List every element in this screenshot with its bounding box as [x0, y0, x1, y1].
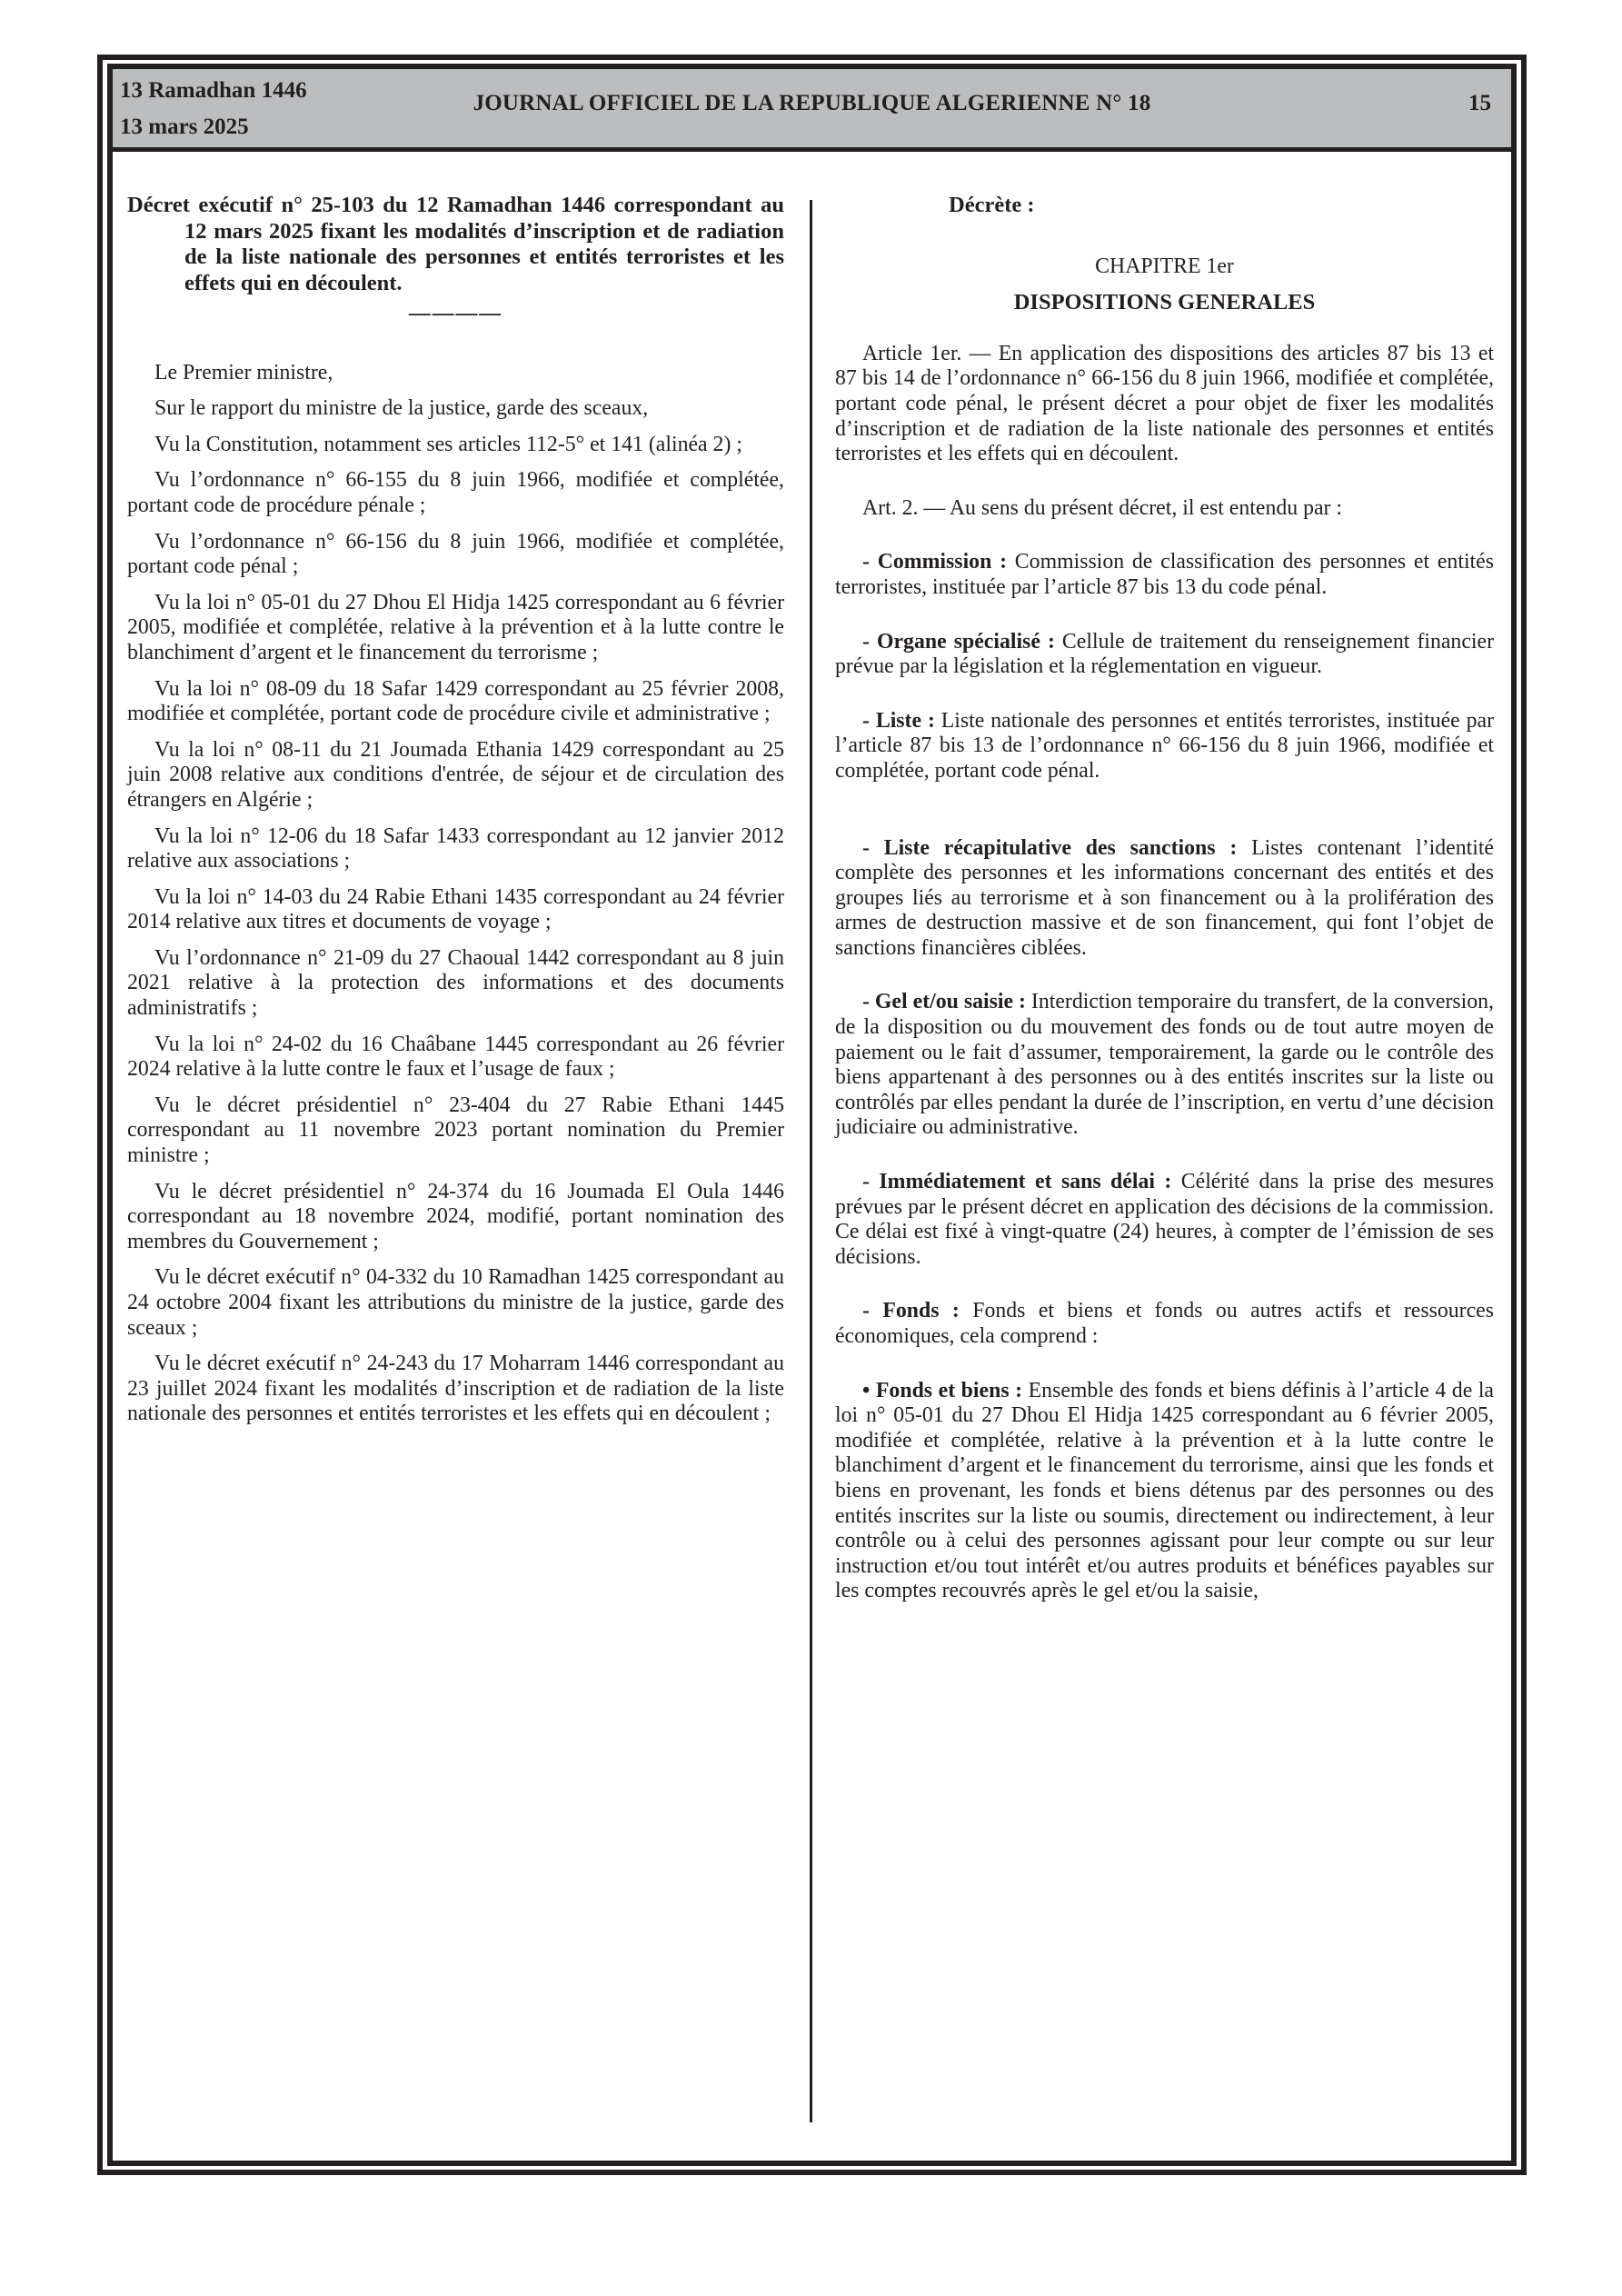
preamble-paragraph: Vu l’ordonnance n° 21-09 du 27 Chaoual 1…: [127, 946, 784, 1022]
preamble-paragraph: Vu la loi n° 05-01 du 27 Dhou El Hidja 1…: [127, 591, 784, 666]
definition-fonds: - Fonds : Fonds et biens et fonds ou aut…: [835, 1299, 1494, 1349]
definition-fonds-et-biens: • Fonds et biens : Ensemble des fonds et…: [835, 1379, 1494, 1604]
definition-organe-specialise: - Organe spécialisé : Cellule de traitem…: [835, 630, 1494, 680]
preamble-paragraph: Vu le décret exécutif n° 04-332 du 10 Ra…: [127, 1265, 784, 1341]
definition-immediatement: - Immédiatement et sans délai : Célérité…: [835, 1170, 1494, 1270]
preamble-paragraph: Vu l’ordonnance n° 66-156 du 8 juin 1966…: [127, 530, 784, 580]
definition-term: - Liste :: [862, 709, 935, 733]
preamble-paragraph: Vu le décret exécutif n° 24-243 du 17 Mo…: [127, 1352, 784, 1427]
preamble-paragraph: Vu l’ordonnance n° 66-155 du 8 juin 1966…: [127, 468, 784, 518]
left-column: Décret exécutif n° 25-103 du 12 Ramadhan…: [127, 193, 784, 1427]
preamble-paragraph: Vu la Constitution, notamment ses articl…: [127, 433, 784, 458]
definition-term: - Liste récapitulative des sanctions :: [862, 836, 1237, 860]
preamble-paragraph: Vu le décret présidentiel n° 24-374 du 1…: [127, 1180, 784, 1255]
title-separator: ————: [127, 302, 784, 327]
preamble-paragraph: Le Premier ministre,: [127, 361, 784, 386]
chapter-title: DISPOSITIONS GENERALES: [835, 290, 1494, 315]
preamble-paragraph: Vu la loi n° 08-09 du 18 Safar 1429 corr…: [127, 677, 784, 727]
definition-term: - Immédiatement et sans délai :: [862, 1170, 1171, 1193]
chapter-heading: CHAPITRE 1er: [835, 255, 1494, 280]
preamble-paragraph: Vu la loi n° 12-06 du 18 Safar 1433 corr…: [127, 824, 784, 874]
definition-term: - Organe spécialisé :: [862, 630, 1055, 654]
preamble-paragraph: Sur le rapport du ministre de la justice…: [127, 396, 784, 422]
definition-liste-recapitulative: - Liste récapitulative des sanctions : L…: [835, 836, 1494, 962]
column-divider: [810, 200, 812, 2122]
decree-title: Décret exécutif n° 25-103 du 12 Ramadhan…: [127, 193, 784, 296]
preamble-paragraph: Vu le décret présidentiel n° 23-404 du 2…: [127, 1093, 784, 1169]
preamble-paragraph: Vu la loi n° 08-11 du 21 Joumada Ethania…: [127, 738, 784, 814]
definition-term: • Fonds et biens :: [862, 1379, 1022, 1403]
page-header: 13 Ramadhan 1446 13 mars 2025 JOURNAL OF…: [113, 69, 1511, 152]
definition-gel-saisie: - Gel et/ou saisie : Interdiction tempor…: [835, 990, 1494, 1141]
article-1: Article 1er. — En application des dispos…: [835, 342, 1494, 467]
right-column: Décrète : CHAPITRE 1er DISPOSITIONS GENE…: [835, 193, 1494, 1604]
preamble-paragraph: Vu la loi n° 14-03 du 24 Rabie Ethani 14…: [127, 885, 784, 935]
definition-commission: - Commission : Commission de classificat…: [835, 550, 1494, 600]
definition-liste: - Liste : Liste nationale des personnes …: [835, 709, 1494, 784]
page-number: 15: [1468, 91, 1491, 116]
definition-term: - Gel et/ou saisie :: [862, 990, 1026, 1013]
journal-title: JOURNAL OFFICIEL DE LA REPUBLIQUE ALGERI…: [113, 91, 1511, 116]
definition-term: - Commission :: [862, 550, 1007, 574]
definition-text: Ensemble des fonds et biens définis à l’…: [835, 1379, 1494, 1603]
preamble-paragraph: Vu la loi n° 24-02 du 16 Chaâbane 1445 c…: [127, 1033, 784, 1083]
article-2: Art. 2. — Au sens du présent décret, il …: [835, 496, 1494, 522]
definition-term: - Fonds :: [862, 1299, 960, 1323]
decrete-heading: Décrète :: [835, 193, 1494, 218]
